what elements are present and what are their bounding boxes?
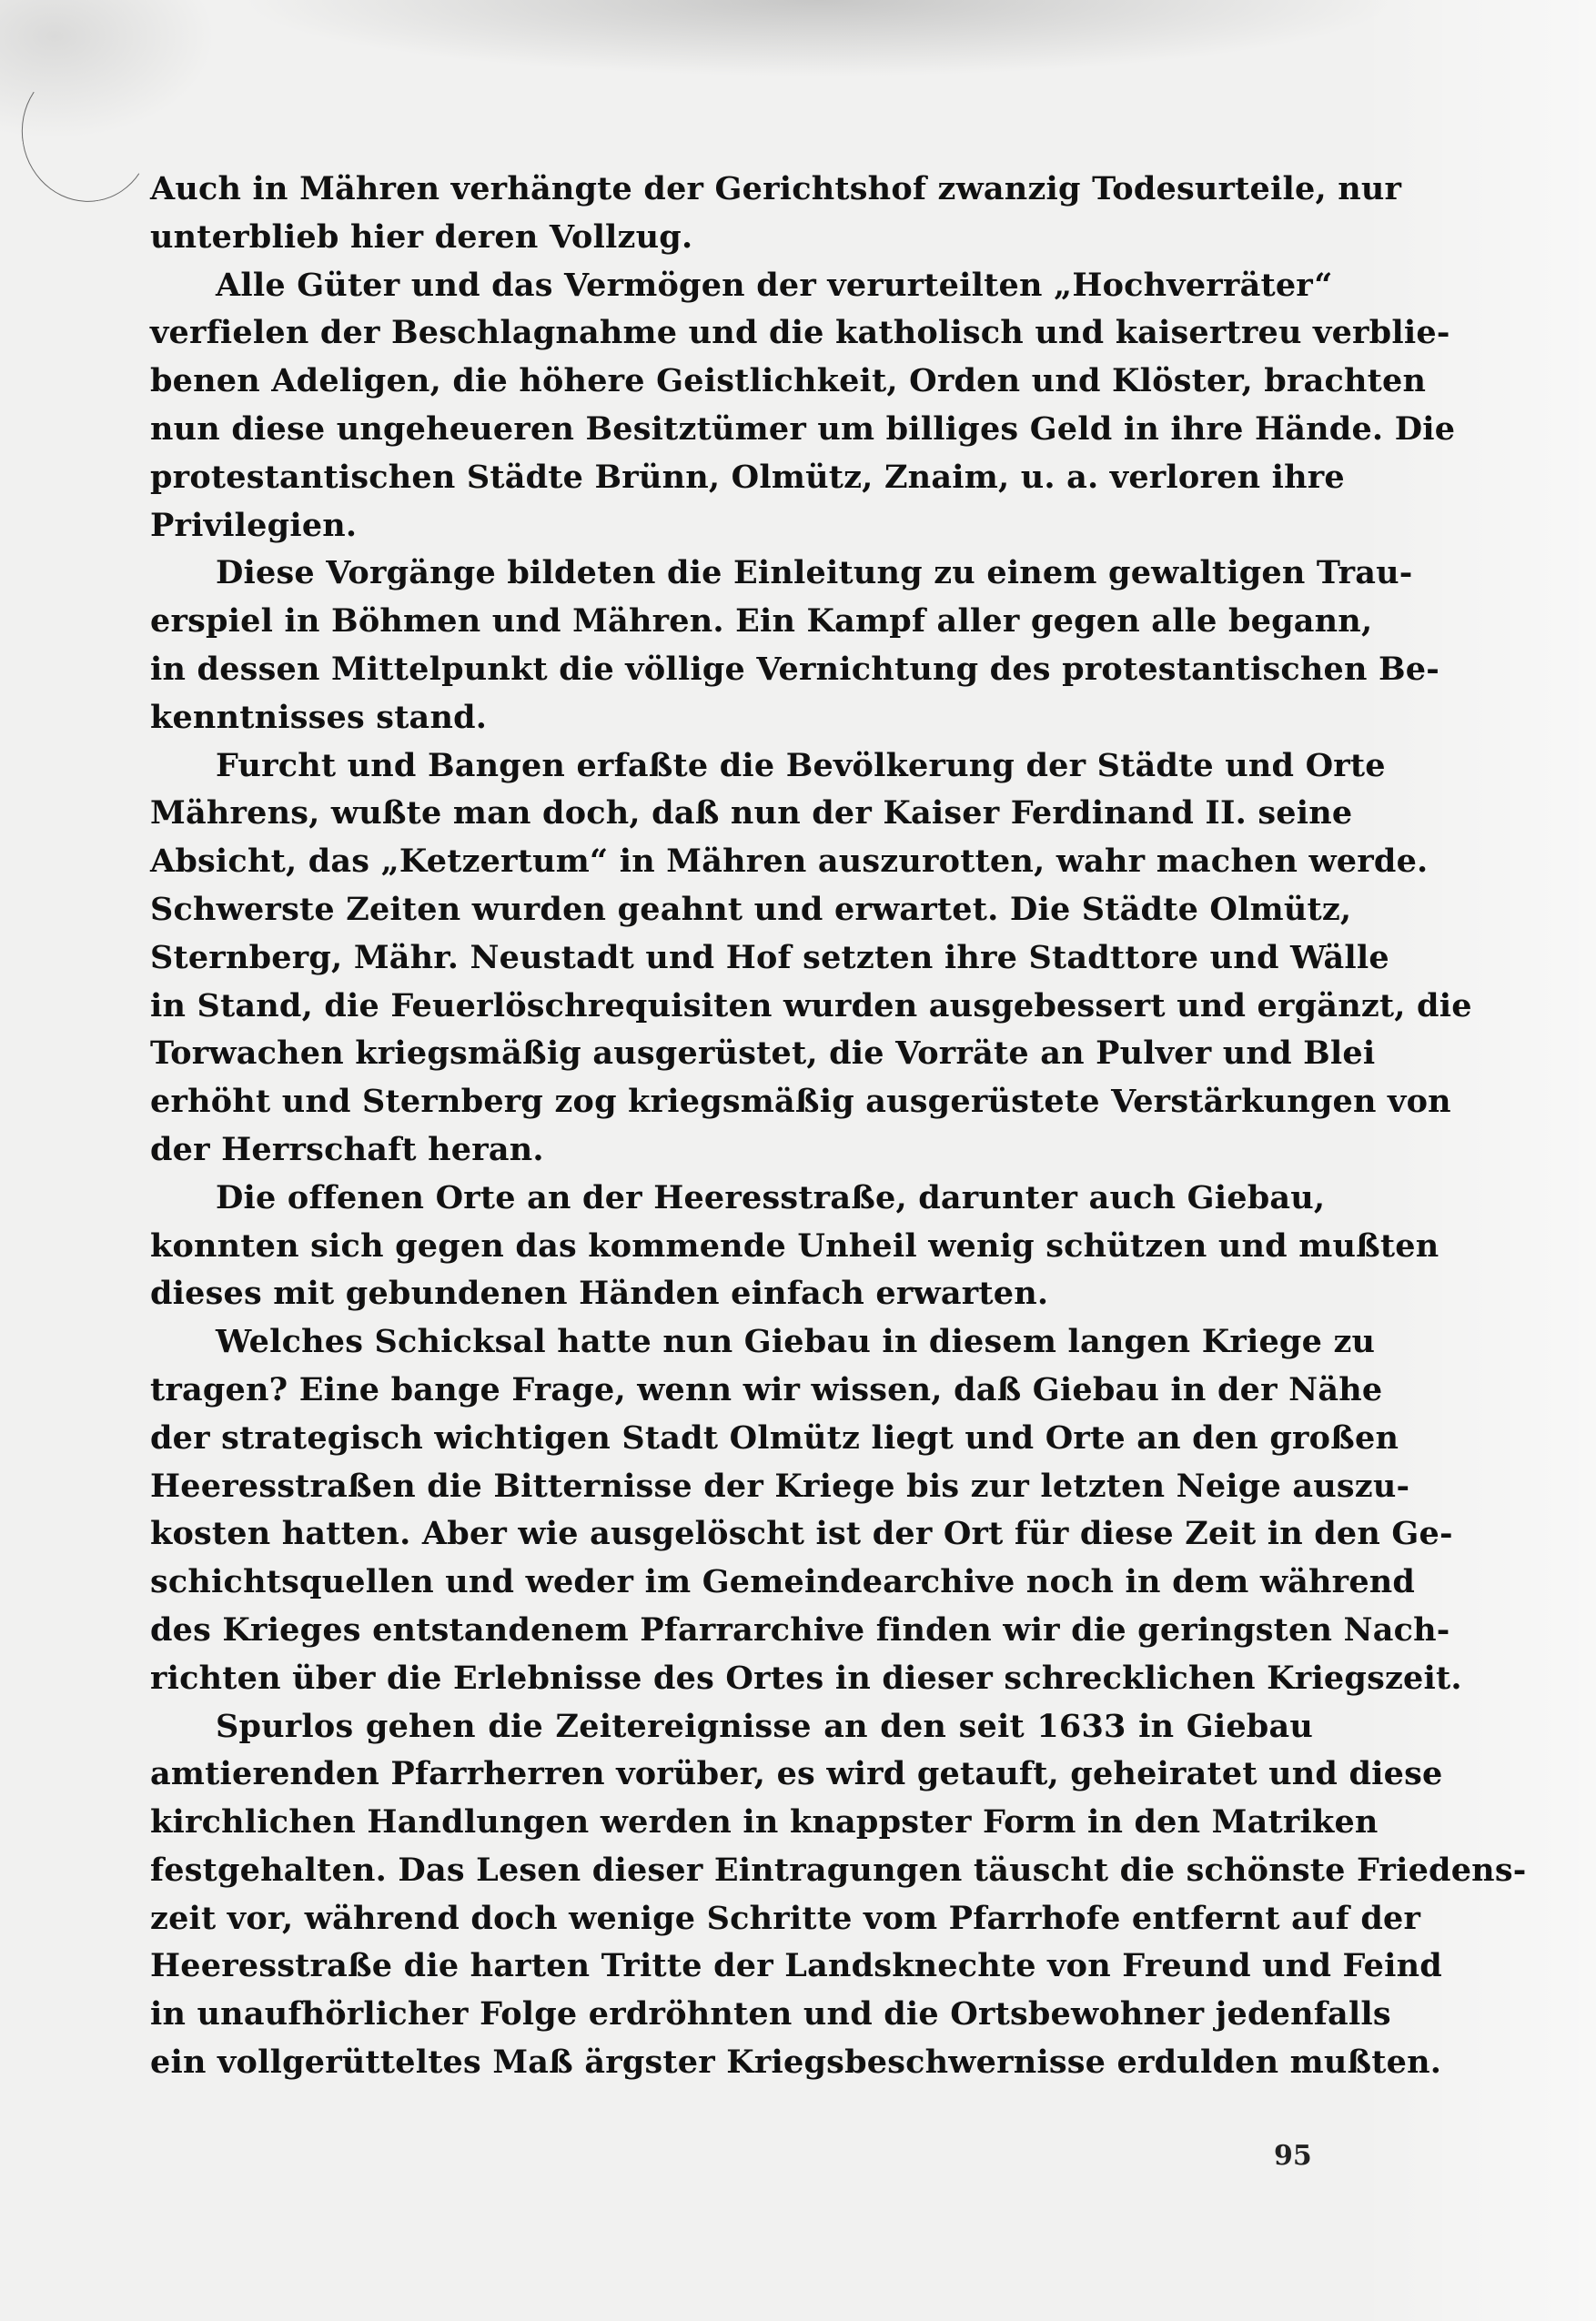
text-line: Spurlos gehen die Zeitereignisse an den …: [150, 1703, 1313, 1751]
text-line: in unaufhörlicher Folge erdröhnten und d…: [150, 1991, 1313, 2039]
text-line: amtierenden Pfarrherren vorüber, es wird…: [150, 1751, 1313, 1799]
text-line: verfielen der Beschlagnahme und die kath…: [150, 309, 1313, 358]
text-line: der strategisch wichtigen Stadt Olmütz l…: [150, 1415, 1313, 1463]
text-line: Mährens, wußte man doch, daß nun der Kai…: [150, 790, 1313, 838]
text-line: festgehalten. Das Lesen dieser Eintragun…: [150, 1847, 1313, 1895]
text-line: Heeresstraßen die Bitternisse der Kriege…: [150, 1463, 1313, 1511]
text-line: Privilegien.: [150, 502, 1313, 550]
text-line: zeit vor, während doch wenige Schritte v…: [150, 1895, 1313, 1943]
paragraph: Spurlos gehen die Zeitereignisse an den …: [150, 1703, 1313, 2087]
text-line: Diese Vorgänge bildeten die Einleitung z…: [150, 550, 1313, 598]
text-line: Welches Schicksal hatte nun Giebau in di…: [150, 1318, 1313, 1367]
text-line: erhöht und Sternberg zog kriegsmäßig aus…: [150, 1078, 1313, 1126]
text-line: benen Adeligen, die höhere Geistlichkeit…: [150, 358, 1313, 406]
text-line: Schwerste Zeiten wurden geahnt und erwar…: [150, 886, 1313, 934]
text-line: in dessen Mittelpunkt die völlige Vernic…: [150, 646, 1313, 694]
text-line: erspiel in Böhmen und Mähren. Ein Kampf …: [150, 598, 1313, 646]
text-line: Sternberg, Mähr. Neustadt und Hof setzte…: [150, 934, 1313, 983]
text-line: richten über die Erlebnisse des Ortes in…: [150, 1655, 1313, 1703]
paragraph: Furcht und Bangen erfaßte die Bevölkerun…: [150, 742, 1313, 1175]
paragraph: Diese Vorgänge bildeten die Einleitung z…: [150, 550, 1313, 742]
text-line: dieses mit gebundenen Händen einfach erw…: [150, 1270, 1313, 1318]
text-line: Auch in Mähren verhängte der Gerichtshof…: [150, 166, 1313, 214]
text-line: kosten hatten. Aber wie ausgelöscht ist …: [150, 1510, 1313, 1559]
text-line: Heeresstraße die harten Tritte der Lands…: [150, 1943, 1313, 1991]
text-line: kirchlichen Handlungen werden in knappst…: [150, 1799, 1313, 1847]
text-line: Torwachen kriegsmäßig ausgerüstet, die V…: [150, 1030, 1313, 1078]
text-line: tragen? Eine bange Frage, wenn wir wisse…: [150, 1367, 1313, 1415]
paragraph: Alle Güter und das Vermögen der verurtei…: [150, 262, 1313, 550]
text-line: der Herrschaft heran.: [150, 1126, 1313, 1175]
paragraph: Die offenen Orte an der Heeresstraße, da…: [150, 1175, 1313, 1318]
text-line: kenntnisses stand.: [150, 694, 1313, 742]
text-line: unterblieb hier deren Vollzug.: [150, 214, 1313, 262]
text-line: Alle Güter und das Vermögen der verurtei…: [150, 262, 1313, 310]
text-line: des Krieges entstandenem Pfarrarchive fi…: [150, 1607, 1313, 1655]
text-line: Absicht, das „Ketzertum“ in Mähren auszu…: [150, 838, 1313, 886]
page-number: 95: [1274, 2140, 1312, 2172]
text-line: konnten sich gegen das kommende Unheil w…: [150, 1223, 1313, 1271]
body-text: Auch in Mähren verhängte der Gerichtshof…: [150, 166, 1313, 2087]
pencil-mark: [11, 54, 162, 212]
text-line: protestantischen Städte Brünn, Olmütz, Z…: [150, 454, 1313, 502]
text-line: in Stand, die Feuerlöschrequisiten wurde…: [150, 983, 1313, 1031]
text-line: schichtsquellen und weder im Gemeindearc…: [150, 1559, 1313, 1607]
text-line: Furcht und Bangen erfaßte die Bevölkerun…: [150, 742, 1313, 791]
paragraph: Auch in Mähren verhängte der Gerichtshof…: [150, 166, 1313, 262]
text-line: nun diese ungeheueren Besitztümer um bil…: [150, 406, 1313, 454]
text-line: ein vollgerütteltes Maß ärgster Kriegsbe…: [150, 2039, 1313, 2087]
paragraph: Welches Schicksal hatte nun Giebau in di…: [150, 1318, 1313, 1702]
text-line: Die offenen Orte an der Heeresstraße, da…: [150, 1175, 1313, 1223]
